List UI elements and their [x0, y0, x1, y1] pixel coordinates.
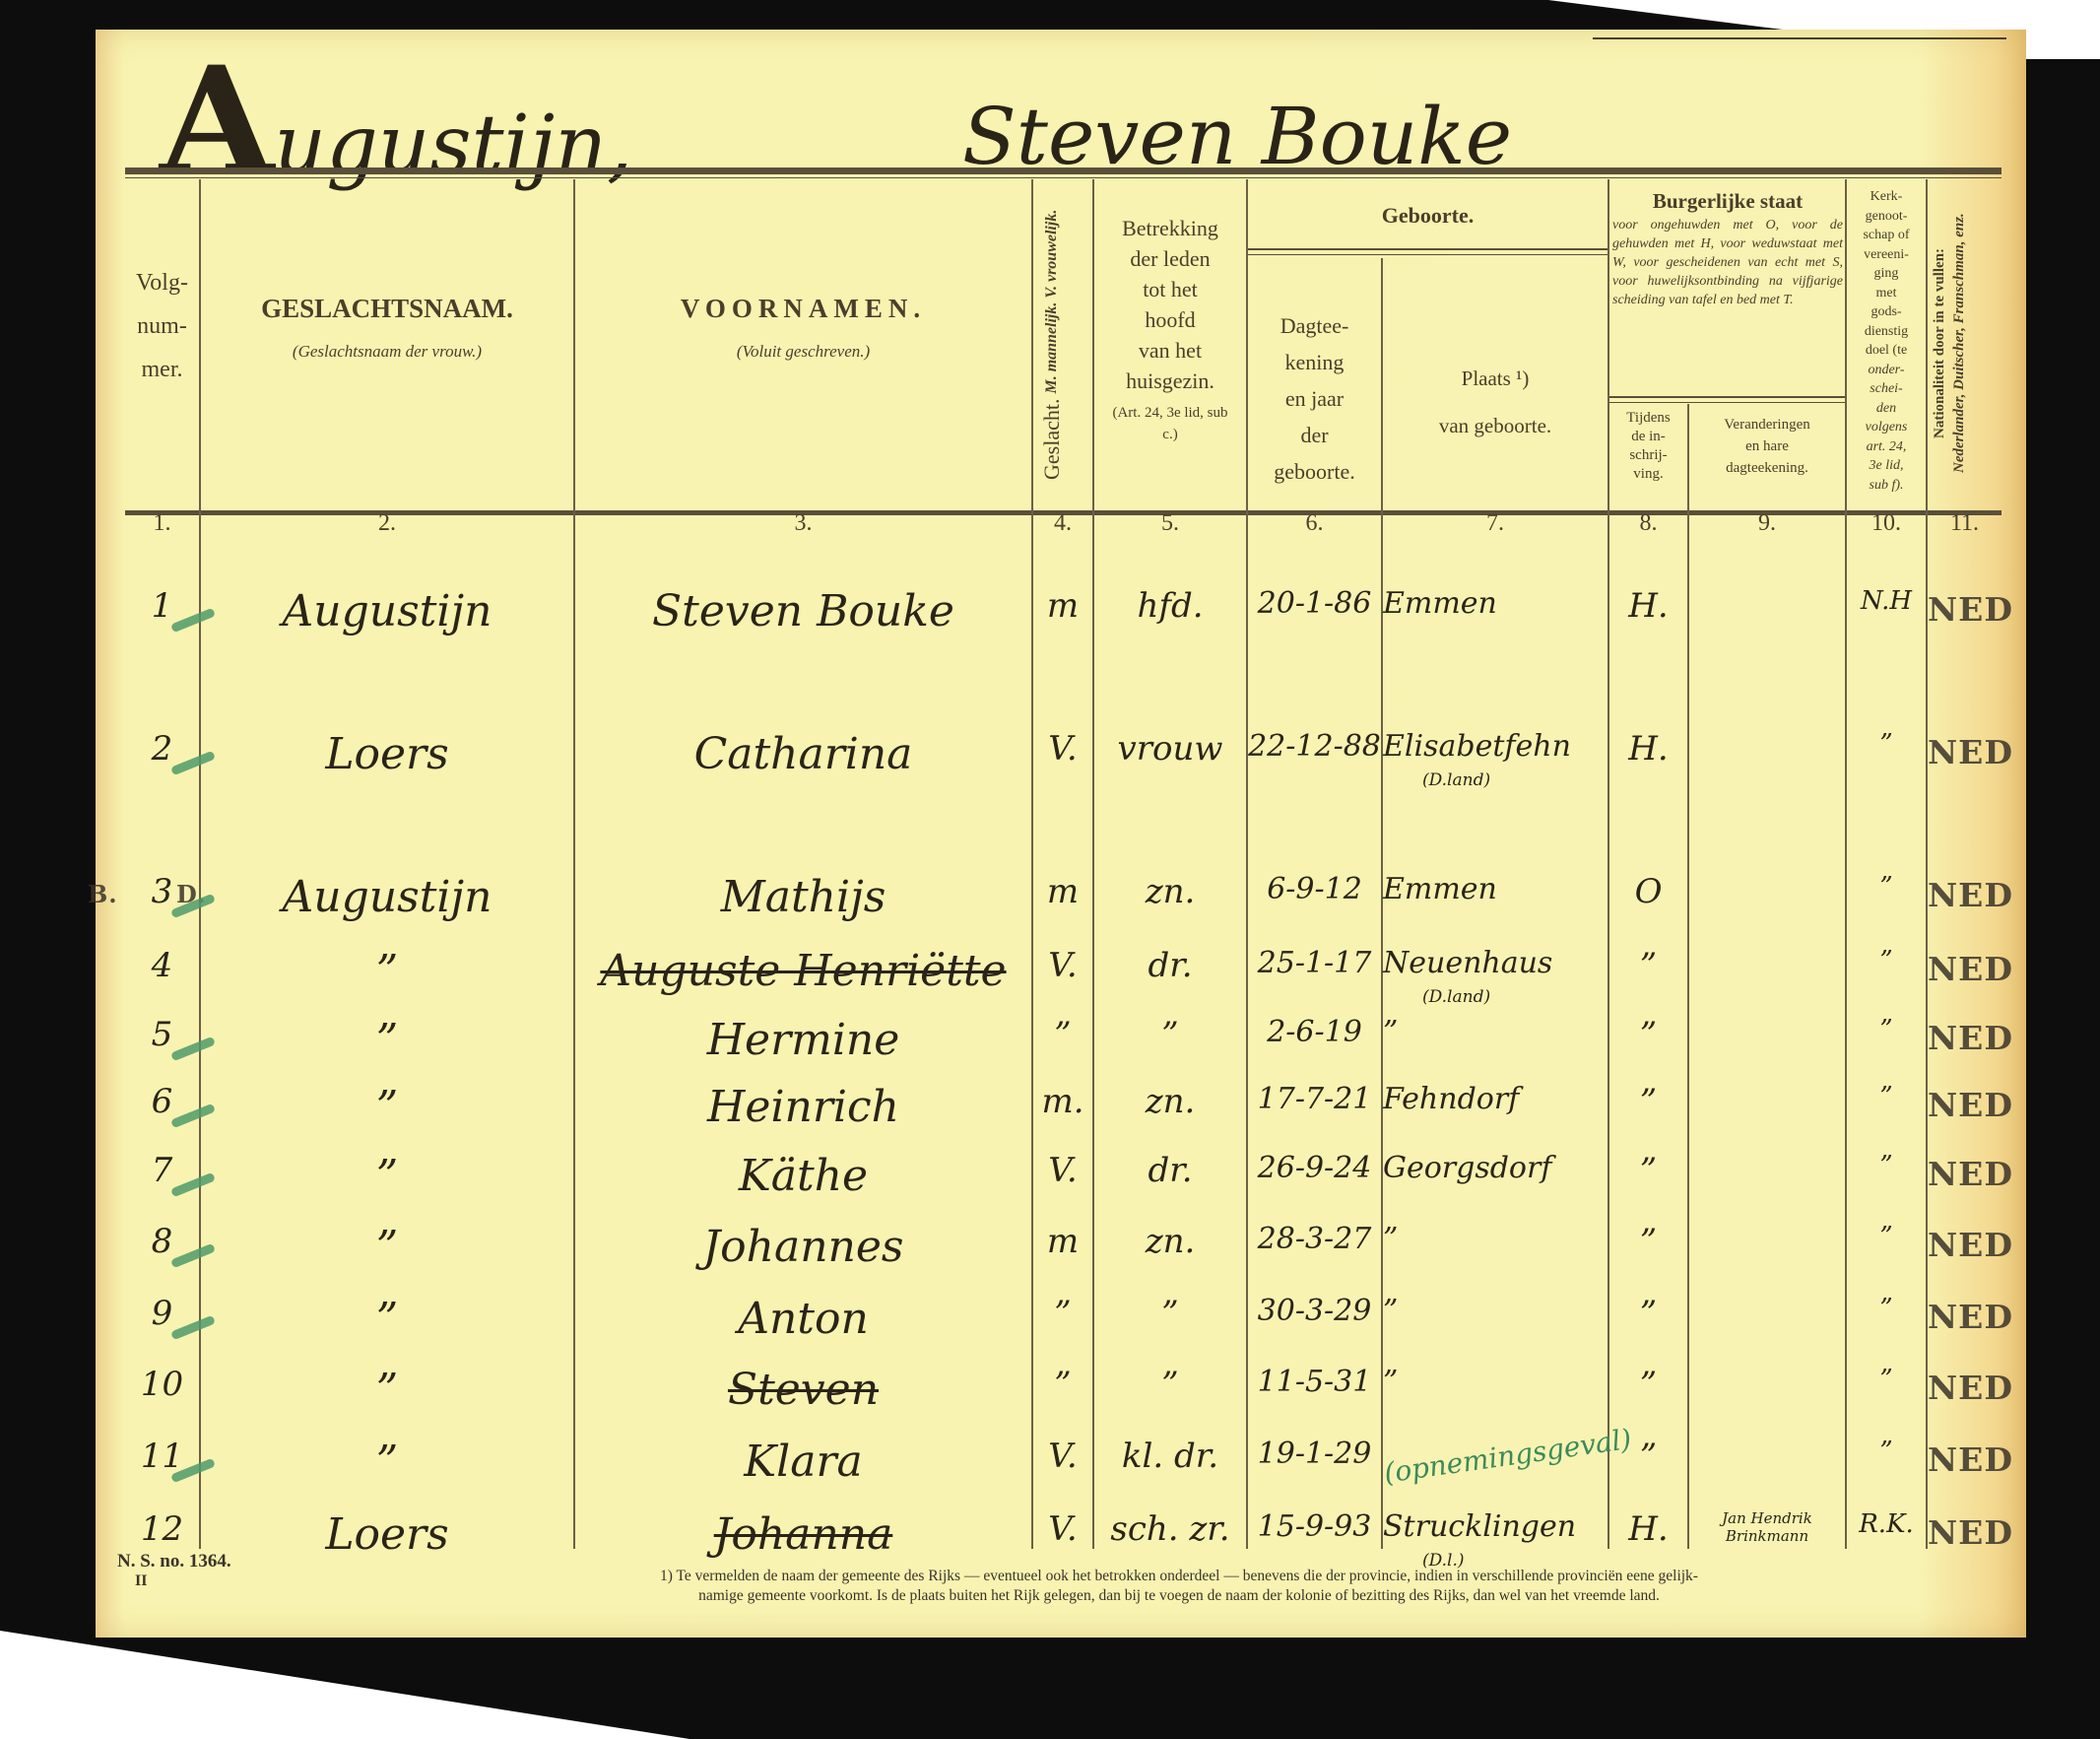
cell-sex: V. — [1033, 946, 1092, 985]
header-line: schap of — [1847, 226, 1926, 245]
cell-given: Auguste Henriëtte — [575, 946, 1031, 996]
header-line: Tijdens — [1609, 409, 1687, 428]
col-divider — [1926, 179, 1928, 1549]
form-number: N. S. no. 1364. — [117, 1551, 231, 1572]
header-title: GESLACHTSNAAM. — [201, 294, 573, 324]
cell-nr: 12 — [125, 1509, 199, 1549]
header-line: 3e lid, — [1847, 456, 1926, 476]
cell-birthdate: 11-5-31 — [1248, 1365, 1381, 1399]
cell-surname: ” — [201, 1151, 573, 1201]
cell-church: ” — [1847, 946, 1926, 975]
cell-given: Klara — [575, 1437, 1031, 1487]
header-line: Dagtee- — [1248, 307, 1381, 344]
header-line: art. 24, — [1847, 437, 1926, 457]
cell-birthplace: Strucklingen — [1383, 1509, 1608, 1544]
cell-sex: V. — [1033, 1151, 1092, 1190]
cell-church: ” — [1847, 1222, 1926, 1251]
cell-nationality: NED — [1928, 950, 2002, 988]
header-line: kening — [1248, 344, 1381, 380]
cell-sex: V. — [1033, 729, 1092, 769]
header-subtitle: M. mannelijk. V. vrouwelijk. — [1043, 210, 1060, 394]
header-col-geslacht: Geslacht. M. mannelijk. V. vrouwelijk. — [1039, 197, 1088, 493]
cell-surname: ” — [201, 946, 573, 996]
cell-surname: Loers — [201, 1509, 573, 1560]
cell-nationality: NED — [1928, 1513, 2002, 1552]
header-line: vereeni- — [1847, 245, 1926, 265]
header-line: dagteekening. — [1689, 457, 1845, 479]
cell-church: ” — [1847, 1365, 1926, 1394]
cell-sex: m. — [1033, 1082, 1092, 1121]
cell-relation: vrouw — [1094, 729, 1246, 769]
header-top-rule-thin — [125, 177, 2002, 178]
cell-church: ” — [1847, 1294, 1926, 1323]
cell-birthdate: 26-9-24 — [1248, 1151, 1381, 1185]
cell-nationality: NED — [1928, 1019, 2002, 1057]
cell-given: Käthe — [575, 1151, 1031, 1201]
cell-sex: ” — [1033, 1015, 1092, 1054]
cell-birthdate: 6-9-12 — [1248, 872, 1381, 906]
header-line: hoofd — [1094, 304, 1246, 335]
cell-church: ” — [1847, 872, 1926, 902]
header-line: sub f). — [1847, 476, 1926, 496]
col-divider — [1031, 179, 1033, 1549]
header-line: gods- — [1847, 302, 1926, 322]
header-line: den — [1847, 399, 1926, 419]
header-line: volgens — [1847, 418, 1926, 437]
cell-relation: hfd. — [1094, 586, 1246, 626]
cell-surname: ” — [201, 1365, 573, 1415]
cell-birthplace: Emmen — [1383, 872, 1608, 906]
cell-nationality: NED — [1928, 1155, 2002, 1193]
header-line: Veranderingen — [1689, 414, 1845, 435]
header-col-kerkgenootschap: Kerk- genoot- schap of vereeni- ging met… — [1847, 187, 1926, 495]
cell-relation: zn. — [1094, 1082, 1246, 1121]
header-line: van het — [1094, 335, 1246, 366]
cell-birthplace: ” — [1383, 1365, 1608, 1399]
cell-civil: H. — [1609, 729, 1687, 769]
cell-relation: ” — [1094, 1365, 1246, 1404]
cell-birthdate: 19-1-29 — [1248, 1437, 1381, 1471]
colnum: 6. — [1248, 510, 1381, 537]
header-line: en jaar — [1248, 380, 1381, 417]
colnum: 7. — [1383, 510, 1608, 537]
geboorte-group-rule — [1248, 248, 1608, 250]
top-right-scribble-line — [1593, 37, 2006, 39]
header-col-plaats: Plaats ¹) van geboorte. — [1383, 355, 1608, 449]
cell-church: R.K. — [1847, 1509, 1926, 1539]
header-line: schei- — [1847, 379, 1926, 399]
form-sub: II — [135, 1572, 147, 1590]
cell-nr: 4 — [125, 946, 199, 985]
cell-birthplace: Elisabetfehn — [1383, 729, 1608, 764]
colnum: 10. — [1847, 510, 1926, 537]
header-line: ving. — [1609, 465, 1687, 484]
header-line: Betrekking — [1094, 213, 1246, 243]
cell-church: ” — [1847, 1082, 1926, 1111]
cell-surname: Augustijn — [201, 586, 573, 636]
register-card: Augustijn, Steven Bouke Volg- num- mer. … — [96, 30, 2026, 1638]
header-subtitle: (Geslachtsnaam der vrouw.) — [201, 342, 573, 362]
cell-relation: zn. — [1094, 1222, 1246, 1261]
burgerlijke-group-rule — [1609, 396, 1845, 398]
cell-church: ” — [1847, 1437, 1926, 1466]
cell-given: Steven — [575, 1365, 1031, 1415]
header-col-volgnummer: Volg- num- mer. — [125, 261, 199, 391]
cell-relation: kl. dr. — [1094, 1437, 1246, 1476]
header-group-geboorte: Geboorte. — [1248, 203, 1608, 229]
col-divider — [1608, 179, 1609, 1549]
cell-relation: dr. — [1094, 1151, 1246, 1190]
cell-relation: ” — [1094, 1294, 1246, 1333]
cell-given: Steven Bouke — [575, 586, 1031, 636]
header-line: tot het — [1094, 274, 1246, 304]
cell-given: Hermine — [575, 1015, 1031, 1065]
cell-civil: ” — [1609, 1082, 1687, 1121]
header-line: van geboorte. — [1383, 402, 1608, 449]
cell-nationality: NED — [1928, 590, 2002, 629]
cell-nationality: NED — [1928, 733, 2002, 771]
cell-surname: ” — [201, 1294, 573, 1344]
cell-surname: Loers — [201, 729, 573, 779]
colnum: 2. — [201, 510, 573, 537]
header-line: der — [1248, 417, 1381, 453]
cell-sex: m — [1033, 1222, 1092, 1261]
cell-nationality: NED — [1928, 1298, 2002, 1336]
cell-church: ” — [1847, 729, 1926, 759]
cell-birthplace: Fehndorf — [1383, 1082, 1608, 1116]
cell-surname: Augustijn — [201, 872, 573, 922]
cell-civil: H. — [1609, 1509, 1687, 1549]
header-col-geslachtsnaam: GESLACHTSNAAM. (Geslachtsnaam der vrouw.… — [201, 294, 573, 362]
cell-birthdate: 25-1-17 — [1248, 946, 1381, 980]
stamp-prefix: B. — [88, 880, 118, 908]
header-line: met — [1847, 284, 1926, 303]
cell-civil: O — [1609, 872, 1687, 911]
cell-civil: ” — [1609, 1294, 1687, 1333]
header-title: Burgerlijke staat — [1612, 189, 1843, 214]
cell-civil: ” — [1609, 1151, 1687, 1190]
cell-given: Heinrich — [575, 1082, 1031, 1132]
header-title: VOORNAMEN. — [575, 294, 1031, 324]
burgerlijke-group-rule-2 — [1609, 402, 1845, 403]
header-subtitle: Nederlander, Duitscher, Franschman, enz. — [1951, 213, 1967, 473]
cell-changes: Jan Hendrik Brinkmann — [1689, 1509, 1845, 1545]
cell-birthdate: 20-1-86 — [1248, 586, 1381, 621]
colnum: 9. — [1689, 510, 1845, 537]
colnum: 4. — [1033, 510, 1092, 537]
cell-nr: 10 — [125, 1365, 199, 1404]
header-title: Geslacht. — [1039, 399, 1064, 480]
cell-church: ” — [1847, 1151, 1926, 1180]
cell-given: Mathijs — [575, 872, 1031, 922]
cell-nationality: NED — [1928, 876, 2002, 914]
cell-birthplace: Emmen — [1383, 586, 1608, 621]
cell-given: Johannes — [575, 1222, 1031, 1272]
cell-sex: ” — [1033, 1294, 1092, 1333]
colnum: 5. — [1094, 510, 1246, 537]
col-divider — [1687, 404, 1689, 1549]
footnote-line: namige gemeente voorkomt. Is de plaats b… — [391, 1586, 1967, 1606]
header-line: genoot- — [1847, 207, 1926, 227]
header-col-tijdens: Tijdens de in- schrij- ving. — [1609, 409, 1687, 484]
header-line: doel (te — [1847, 341, 1926, 361]
cell-given: Johanna — [575, 1509, 1031, 1560]
cell-given: Catharina — [575, 729, 1031, 779]
header-line: schrij- — [1609, 446, 1687, 465]
header-line: onder- — [1847, 361, 1926, 380]
cell-relation: sch. zr. — [1094, 1509, 1246, 1549]
cell-surname: ” — [201, 1082, 573, 1132]
header-col-dagteekening: Dagtee- kening en jaar der geboorte. — [1248, 307, 1381, 490]
header-line: Plaats ¹) — [1383, 355, 1608, 402]
footnote: 1) Te vermelden de naam der gemeente des… — [391, 1567, 1967, 1606]
cell-sex: V. — [1033, 1509, 1092, 1549]
cell-birthdate: 28-3-27 — [1248, 1222, 1381, 1256]
header-col-veranderingen: Veranderingen en hare dagteekening. — [1689, 414, 1845, 479]
cell-birthplace-note: (D.land) — [1422, 770, 1490, 790]
cell-church: N.H — [1847, 586, 1926, 616]
cell-sex: ” — [1033, 1365, 1092, 1404]
cell-relation: dr. — [1094, 946, 1246, 985]
cell-birthdate: 15-9-93 — [1248, 1509, 1381, 1544]
cell-nationality: NED — [1928, 1086, 2002, 1124]
cell-birthplace: Neuenhaus — [1383, 946, 1608, 980]
cell-birthplace-note: (D.land) — [1422, 987, 1490, 1007]
header-line: mer. — [125, 348, 199, 391]
header-line: Volg- — [125, 261, 199, 304]
cell-civil: ” — [1609, 946, 1687, 985]
cell-nationality: NED — [1928, 1369, 2002, 1407]
cell-birthplace: Georgsdorf — [1383, 1151, 1608, 1185]
cell-civil: ” — [1609, 1365, 1687, 1404]
cell-civil: ” — [1609, 1222, 1687, 1261]
header-line: dienstig — [1847, 322, 1926, 342]
cell-birthdate: 30-3-29 — [1248, 1294, 1381, 1328]
header-subtitle: (Voluit geschreven.) — [575, 342, 1031, 362]
header-line: huisgezin. — [1094, 366, 1246, 396]
cell-relation: ” — [1094, 1015, 1246, 1054]
cell-sex: V. — [1033, 1437, 1092, 1476]
cell-birthdate: 17-7-21 — [1248, 1082, 1381, 1116]
header-subtitle: voor ongehuwden met O, voor de gehuwden … — [1612, 216, 1843, 309]
colnum: 3. — [575, 510, 1031, 537]
cell-civil: ” — [1609, 1437, 1687, 1476]
cell-surname: ” — [201, 1015, 573, 1065]
footnote-line: 1) Te vermelden de naam der gemeente des… — [391, 1567, 1967, 1586]
header-line: num- — [125, 304, 199, 348]
cell-sex: m — [1033, 872, 1092, 911]
cell-sex: m — [1033, 586, 1092, 626]
scan-corner-white-bottom — [0, 1631, 689, 1739]
cell-relation: zn. — [1094, 872, 1246, 911]
header-line: geboorte. — [1248, 453, 1381, 490]
cell-civil: ” — [1609, 1015, 1687, 1054]
colnum: 8. — [1609, 510, 1687, 537]
cell-surname: ” — [201, 1437, 573, 1487]
header-top-rule — [125, 167, 2002, 174]
colnum: 11. — [1928, 510, 2002, 537]
header-line: Kerk- — [1847, 187, 1926, 207]
header-title: Nationaliteit door in te vullen: — [1932, 247, 1947, 437]
cell-birthplace: ” — [1383, 1015, 1608, 1049]
cell-civil: H. — [1609, 586, 1687, 626]
cell-surname: ” — [201, 1222, 573, 1272]
cell-given: Anton — [575, 1294, 1031, 1344]
header-note: (Art. 24, 3e lid, sub c.) — [1094, 402, 1246, 445]
header-group-burgerlijke-staat: Burgerlijke staat voor ongehuwden met O,… — [1612, 189, 1843, 309]
colnum: 1. — [125, 510, 199, 537]
title-initial: A — [160, 34, 274, 208]
cell-church: ” — [1847, 1015, 1926, 1044]
header-line: der leden — [1094, 243, 1246, 274]
cell-nationality: NED — [1928, 1440, 2002, 1479]
geboorte-group-rule-2 — [1248, 254, 1608, 255]
header-line: en hare — [1689, 435, 1845, 457]
cell-birthdate: 22-12-88 — [1248, 729, 1381, 764]
cell-birthplace: ” — [1383, 1294, 1608, 1328]
header-line: de in- — [1609, 428, 1687, 446]
cell-birthplace: ” — [1383, 1222, 1608, 1256]
header-col-betrekking: Betrekking der leden tot het hoofd van h… — [1094, 213, 1246, 445]
header-line: ging — [1847, 264, 1926, 284]
cell-birthdate: 2-6-19 — [1248, 1015, 1381, 1049]
header-col-nationaliteit: Nationaliteit door in te vullen: Nederla… — [1930, 195, 1999, 491]
header-col-voornamen: VOORNAMEN. (Voluit geschreven.) — [575, 294, 1031, 362]
cell-nationality: NED — [1928, 1226, 2002, 1264]
